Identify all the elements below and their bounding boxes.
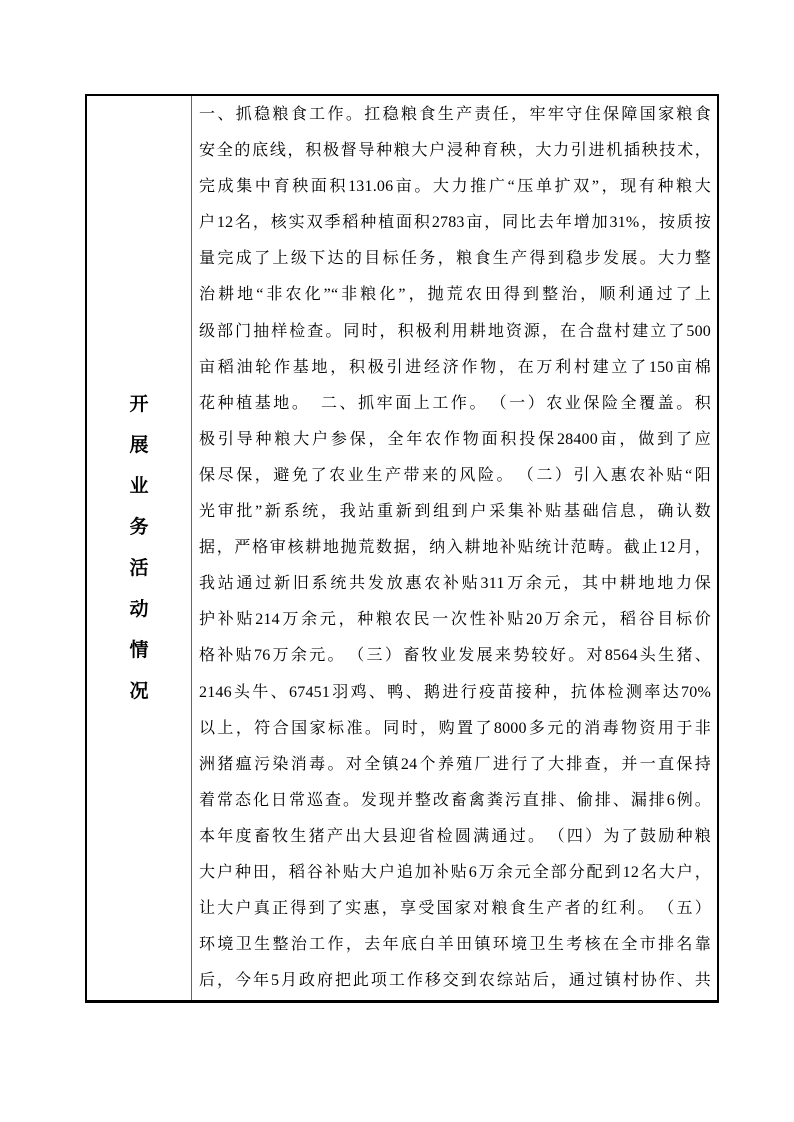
text-line: 2146头牛、67451羽鸡、鸭、鹅进行疫苗接种，抗体检测率达70%: [199, 675, 711, 711]
text-line: 着常态化日常巡查。发现并整改畜禽粪污直排、偷排、漏排6例。: [199, 783, 711, 819]
text-line: 以上，符合国家标准。同时，购置了8000多元的消毒物资用于非: [199, 711, 711, 747]
text-line: 让大户真正得到了实惠，享受国家对粮食生产者的红利。 （五）: [199, 891, 711, 927]
text-line: 户12名，核实双季稻种植面积2783亩，同比去年增加31%，按质按: [199, 205, 711, 241]
text-line: 量完成了上级下达的目标任务，粮食生产得到稳步发展。大力整: [199, 241, 711, 277]
row-header-label: 开展业务活动情况: [129, 384, 148, 712]
label-char: 况: [129, 671, 148, 712]
text-line: 极引导种粮大户参保，全年农作物面积投保28400亩，做到了应: [199, 422, 711, 458]
label-char: 务: [129, 507, 148, 548]
text-line: 洲猪瘟污染消毒。对全镇24个养殖厂进行了大排查，并一直保持: [199, 747, 711, 783]
text-line: 大户种田，稻谷补贴大户追加补贴6万余元全部分配到12名大户，: [199, 855, 711, 891]
text-line: 保尽保，避免了农业生产带来的风险。 （二）引入惠农补贴“阳: [199, 458, 711, 494]
text-line: 后，今年5月政府把此项工作移交到农综站后，通过镇村协作、共: [199, 963, 711, 999]
text-line: 环境卫生整治工作，去年底白羊田镇环境卫生考核在全市排名靠: [199, 927, 711, 963]
text-line: 完成集中育秧面积131.06亩。大力推广“压单扩双”，现有种粮大: [199, 169, 711, 205]
body-text: 一、抓稳粮食工作。扛稳粮食生产责任，牢牢守住保障国家粮食安全的底线，积极督导种粮…: [199, 97, 711, 999]
label-char: 情: [129, 630, 148, 671]
text-line: 光审批”新系统，我站重新到组到户采集补贴基础信息，确认数: [199, 494, 711, 530]
content-cell: 一、抓稳粮食工作。扛稳粮食生产责任，牢牢守住保障国家粮食安全的底线，积极督导种粮…: [192, 96, 717, 1000]
row-header-cell: 开展业务活动情况: [87, 96, 192, 1000]
text-line: 花种植基地。 二、抓牢面上工作。 （一）农业保险全覆盖。积: [199, 386, 711, 422]
text-line: 安全的底线，积极督导种粮大户浸种育秧，大力引进机插秧技术，: [199, 133, 711, 169]
text-line: 护补贴214万余元，种粮农民一次性补贴20万余元，稻谷目标价: [199, 602, 711, 638]
text-line: 一、抓稳粮食工作。扛稳粮食生产责任，牢牢守住保障国家粮食: [199, 97, 711, 133]
text-line: 治耕地“非农化”“非粮化”，抛荒农田得到整治，顺利通过了上: [199, 277, 711, 313]
text-line: 格补贴76万余元。 （三）畜牧业发展来势较好。对8564头生猪、: [199, 638, 711, 674]
label-char: 活: [129, 548, 148, 589]
label-char: 动: [129, 589, 148, 630]
text-line: 本年度畜牧生猪产出大县迎省检圆满通过。 （四）为了鼓励种粮: [199, 819, 711, 855]
text-line: 亩稻油轮作基地，积极引进经济作物，在万利村建立了150亩棉: [199, 350, 711, 386]
text-line: 据，严格审核耕地抛荒数据，纳入耕地补贴统计范畴。截止12月，: [199, 530, 711, 566]
text-line: 我站通过新旧系统共发放惠农补贴311万余元，其中耕地地力保: [199, 566, 711, 602]
text-line: 级部门抽样检查。同时，积极利用耕地资源，在合盘村建立了500: [199, 314, 711, 350]
label-char: 展: [129, 425, 148, 466]
label-char: 业: [129, 466, 148, 507]
report-table: 开展业务活动情况 一、抓稳粮食工作。扛稳粮食生产责任，牢牢守住保障国家粮食安全的…: [85, 94, 719, 1003]
label-char: 开: [129, 384, 148, 425]
